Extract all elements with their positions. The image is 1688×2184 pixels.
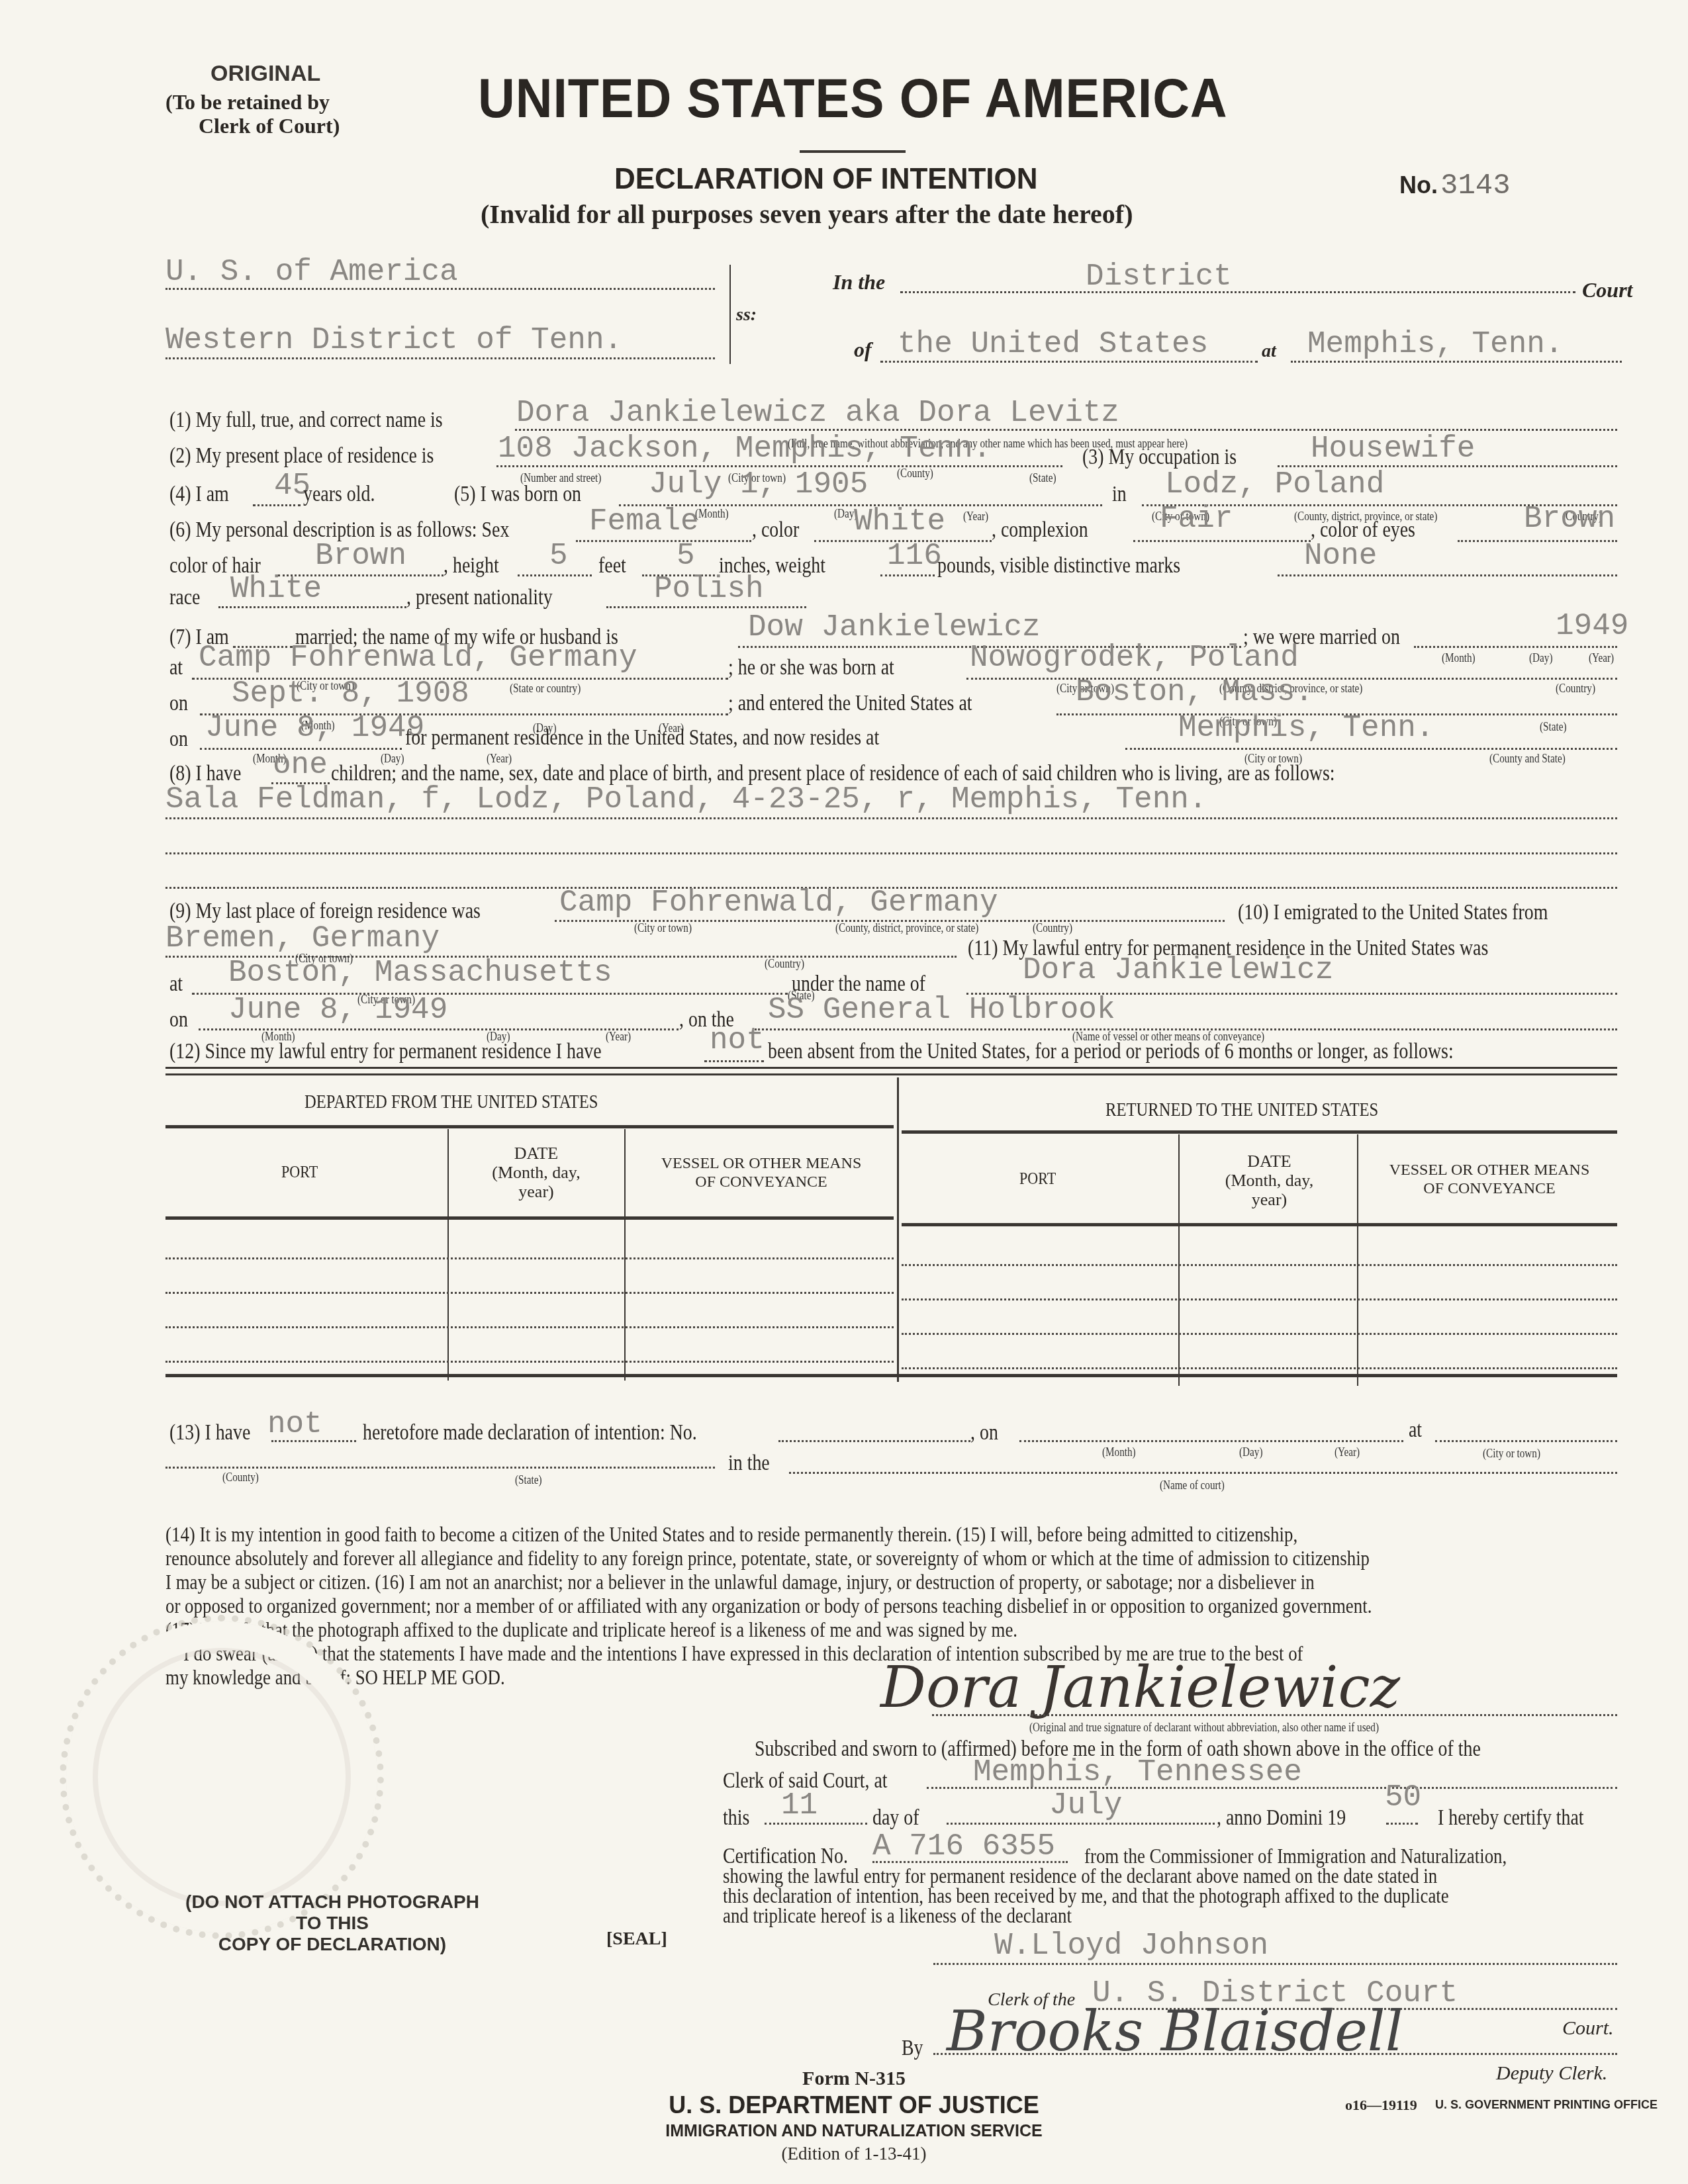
q7-resides-hint-county: (County and State)	[1489, 752, 1566, 766]
photo-note-line1: (DO NOT ATTACH PHOTOGRAPH TO THIS	[173, 1891, 491, 1934]
q7-on2-label: on	[169, 727, 188, 752]
full-name-field[interactable]: Dora Jankielewicz aka Dora Levitz	[516, 396, 1119, 430]
color-field[interactable]: White	[854, 504, 945, 539]
q9-hint-city: (City or town)	[634, 921, 692, 936]
q13-hint-year: (Year)	[1335, 1445, 1360, 1460]
entry-vessel-field[interactable]: SS General Holbrook	[768, 993, 1115, 1027]
q13-in-the-label: in the	[728, 1451, 770, 1476]
clerk-name-field[interactable]: W.Lloyd Johnson	[994, 1929, 1268, 1963]
ss-label: ss:	[736, 304, 757, 326]
photo-note-line2: COPY OF DECLARATION)	[173, 1934, 491, 1955]
day-of-label: day of	[872, 1805, 919, 1831]
departed-header: DEPARTED FROM THE UNITED STATES	[305, 1091, 598, 1113]
birth-date-field[interactable]: July 1, 1905	[649, 467, 868, 502]
col-returned-port: PORT	[1019, 1169, 1056, 1189]
q10-label: (10) I emigrated to the United States fr…	[1238, 900, 1548, 925]
q7-on-label: on	[169, 691, 188, 716]
entry-name-field[interactable]: Dora Jankielewicz	[1023, 953, 1333, 987]
q9-hint-county: (County, district, province, or state)	[835, 921, 978, 936]
q7-married-hint-year: (Year)	[1589, 651, 1614, 666]
q2-hint-county: (County)	[897, 467, 933, 481]
col-returned-vessel: VESSEL OR OTHER MEANS OF CONVEYANCE	[1360, 1161, 1618, 1198]
signature-hint: (Original and true signature of declaran…	[1029, 1721, 1379, 1735]
q7-married-hint-day: (Day)	[1529, 651, 1552, 666]
col-departed-date: DATE (Month, day, year)	[453, 1144, 619, 1201]
col-vessel-sub: OF CONVEYANCE	[629, 1173, 894, 1191]
q12-label-post: been absent from the United States, for …	[768, 1039, 1454, 1064]
court-label: Court	[1582, 278, 1632, 302]
nationality-field[interactable]: Polish	[654, 572, 764, 606]
child-row-1[interactable]: Sala Feldman, f, Lodz, Poland, 4-23-25, …	[165, 782, 1207, 817]
q5-hint-year: (Year)	[963, 510, 988, 524]
q7-entered-label: ; and entered the United States at	[728, 691, 972, 716]
oath-year-field[interactable]: 50	[1385, 1780, 1421, 1815]
q12-label-pre: (12) Since my lawful entry for permanent…	[169, 1039, 602, 1064]
oath-month-field[interactable]: July	[1049, 1788, 1122, 1823]
cert-paragraph: from the Commissioner of Immigration and…	[723, 1844, 1587, 1927]
edition-note: (Edition of 1-13-41)	[616, 2144, 1092, 2164]
q6-color-label: , color	[752, 518, 799, 543]
q7-at-label: at	[169, 655, 183, 680]
col-departed-port: PORT	[281, 1162, 318, 1182]
height-inches-field[interactable]: 5	[677, 539, 695, 573]
returned-header: RETURNED TO THE UNITED STATES	[1105, 1099, 1378, 1121]
q6-feet-label: feet	[598, 553, 626, 578]
q13-hint-court: (Name of court)	[1160, 1479, 1225, 1493]
this-label: this	[723, 1805, 749, 1831]
col-departed-vessel: VESSEL OR OTHER MEANS OF CONVEYANCE	[629, 1154, 894, 1191]
oath-line: or opposed to organized government; nor …	[165, 1594, 1372, 1617]
declarant-signature: Dora Jankielewicz	[880, 1655, 1400, 1721]
cert-line: and triplicate hereof is a likeness of t…	[723, 1903, 1449, 1927]
oath-line: renounce absolutely and forever all alle…	[165, 1546, 1372, 1570]
col-date-sub2: year)	[1185, 1190, 1354, 1209]
q4-label-post: years old.	[303, 482, 375, 507]
occupation-field[interactable]: Housewife	[1311, 432, 1475, 466]
q7-married-at-hint-state: (State or country)	[510, 682, 581, 696]
sex-field[interactable]: Female	[589, 504, 699, 539]
race-field[interactable]: White	[230, 572, 322, 606]
q5-hint-month: (Month)	[695, 507, 729, 522]
print-code: o16—19119	[1345, 2097, 1417, 2114]
at-label: at	[1262, 341, 1276, 362]
q13-hint-state: (State)	[515, 1473, 542, 1488]
col-date-title: DATE	[1185, 1152, 1354, 1171]
q7-born-at-label: ; he or she was born at	[728, 655, 894, 680]
court-suffix-label: Court.	[1562, 2017, 1614, 2040]
invalid-note: (Invalid for all purposes seven years af…	[481, 199, 1133, 230]
birth-place-field[interactable]: Lodz, Poland	[1165, 467, 1384, 502]
q6-pounds-label: pounds, visible distinctive marks	[937, 553, 1180, 578]
prior-declaration-field[interactable]: not	[267, 1407, 322, 1441]
q13-hint-county: (County)	[222, 1471, 259, 1485]
table-row[interactable]	[165, 1257, 894, 1259]
q7-resides-label: for permanent residence in the United St…	[405, 725, 879, 751]
spouse-entry-date-field[interactable]: June 8, 1949	[205, 711, 424, 745]
certify-label: I hereby certify that	[1438, 1805, 1584, 1831]
retained-note-line1: (To be retained by	[165, 90, 330, 114]
court-of-value: the United States	[898, 327, 1208, 361]
q9-label: (9) My last place of foreign residence w…	[169, 899, 481, 924]
last-foreign-residence-field[interactable]: Camp Fohrenwald, Germany	[559, 886, 998, 920]
declaration-number: No. 3143	[1399, 169, 1511, 203]
entry-date-field[interactable]: June 8, 1949	[228, 993, 447, 1027]
height-feet-field[interactable]: 5	[549, 539, 568, 573]
complexion-field[interactable]: Fair	[1160, 502, 1233, 536]
table-row[interactable]	[165, 1326, 894, 1328]
eye-color-field[interactable]: Brown	[1524, 502, 1615, 536]
court-type-value: District	[1086, 259, 1232, 294]
q5-in-label: in	[1112, 482, 1127, 507]
footer-block: Form N-315 U. S. DEPARTMENT OF JUSTICE I…	[616, 2068, 1092, 2164]
table-row[interactable]	[902, 1298, 1617, 1300]
col-vessel-sub: OF CONVEYANCE	[1360, 1179, 1618, 1198]
q10-hint-country: (Country)	[765, 957, 804, 972]
photo-note: (DO NOT ATTACH PHOTOGRAPH TO THIS COPY O…	[173, 1891, 491, 1955]
q13-at-label: at	[1409, 1418, 1422, 1443]
col-date-title: DATE	[453, 1144, 619, 1163]
q13-hint-day: (Day)	[1239, 1445, 1262, 1460]
col-vessel-title: VESSEL OR OTHER MEANS	[1360, 1161, 1618, 1179]
marriage-date-field[interactable]: 1949	[1556, 609, 1628, 643]
oath-day-field[interactable]: 11	[781, 1788, 818, 1823]
q4-label-pre: (4) I am	[169, 482, 229, 507]
oath-location-field[interactable]: Memphis, Tennessee	[973, 1755, 1302, 1790]
form-number: Form N-315	[616, 2068, 1092, 2090]
embossed-seal-icon	[60, 1615, 384, 1939]
by-label: By	[902, 2036, 923, 2061]
q3-label: (3) My occupation is	[1082, 445, 1237, 470]
col-returned-date: DATE (Month, day, year)	[1185, 1152, 1354, 1209]
entry-place-field[interactable]: Boston, Massachusetts	[228, 956, 612, 990]
number-value: 3143	[1440, 169, 1511, 203]
spouse-birthdate-field[interactable]: Sept. 8, 1908	[232, 676, 469, 711]
q2-hint-state: (State)	[1029, 471, 1056, 486]
department-name: U. S. DEPARTMENT OF JUSTICE	[616, 2091, 1092, 2119]
seal-label: [SEAL]	[606, 1929, 667, 1950]
q5-label: (5) I was born on	[454, 482, 581, 507]
col-date-sub: (Month, day,	[453, 1163, 619, 1182]
venue-left-line1: U. S. of America	[165, 255, 458, 289]
q11-on-label: on	[169, 1007, 188, 1032]
q1-label: (1) My full, true, and correct name is	[169, 408, 443, 433]
court-location-value: Memphis, Tenn.	[1307, 327, 1563, 361]
weight-field[interactable]: 116	[887, 539, 942, 573]
residence-field[interactable]: 108 Jackson, Memphis, Tenn.	[498, 432, 991, 466]
q11-on-hint-year: (Year)	[606, 1030, 631, 1044]
q6-complexion-label: , complexion	[992, 518, 1088, 543]
q13-label-mid: heretofore made declaration of intention…	[363, 1420, 697, 1445]
q6-race-label: race	[169, 585, 200, 610]
children-count-field[interactable]: one	[273, 748, 328, 782]
spouse-entry-place-field[interactable]: Boston, Mass.	[1076, 675, 1313, 709]
emigrated-from-field[interactable]: Bremen, Germany	[165, 921, 440, 956]
oath-line: I may be a subject or citizen. (16) I am…	[165, 1570, 1372, 1594]
col-vessel-title: VESSEL OR OTHER MEANS	[629, 1154, 894, 1173]
service-name: IMMIGRATION AND NATURALIZATION SERVICE	[616, 2122, 1092, 2141]
distinctive-marks-field[interactable]: None	[1304, 539, 1377, 573]
spouse-name-field[interactable]: Dow Jankielewicz	[748, 610, 1041, 645]
absence-field[interactable]: not	[710, 1023, 765, 1058]
col-date-sub: (Month, day,	[1185, 1171, 1354, 1190]
number-label: No.	[1399, 171, 1438, 199]
q11-at-label: at	[169, 972, 183, 997]
q7-married-hint-month: (Month)	[1442, 651, 1476, 666]
in-the-label: In the	[833, 270, 885, 295]
q7-entered-hint-state: (State)	[1540, 720, 1567, 735]
q6-nationality-label: , present nationality	[406, 585, 553, 610]
of-label: of	[854, 338, 872, 362]
spouse-residence-field[interactable]: Memphis, Tenn.	[1178, 711, 1434, 745]
spouse-birthplace-field[interactable]: Nowogrodek, Poland	[970, 641, 1299, 675]
col-date-sub2: year)	[453, 1182, 619, 1201]
anno-domini-label: , anno Domini 19	[1217, 1805, 1346, 1831]
table-row[interactable]	[165, 1292, 894, 1294]
q13-label-pre: (13) I have	[169, 1420, 250, 1445]
hair-color-field[interactable]: Brown	[315, 539, 406, 573]
table-row[interactable]	[902, 1367, 1617, 1369]
deputy-clerk-signature: Brooks Blaisdell	[947, 1999, 1403, 2064]
title-rule	[800, 150, 906, 153]
q13-hint-month: (Month)	[1102, 1445, 1136, 1460]
page-title: UNITED STATES OF AMERICA	[478, 66, 1228, 130]
table-row[interactable]	[902, 1333, 1617, 1335]
marriage-place-field[interactable]: Camp Fohrenwald, Germany	[199, 641, 637, 675]
form-subtitle: DECLARATION OF INTENTION	[614, 163, 1038, 196]
q7-born-at-hint-country: (Country)	[1556, 682, 1595, 696]
table-row[interactable]	[165, 1361, 894, 1363]
deputy-clerk-label: Deputy Clerk.	[1496, 2062, 1607, 2085]
q6-height-label: , height	[444, 553, 499, 578]
venue-left-line2: Western District of Tenn.	[165, 323, 622, 357]
oath-line: (14) It is my intention in good faith to…	[165, 1522, 1372, 1546]
q13-hint-city: (City or town)	[1483, 1447, 1540, 1461]
q13-on-label: , on	[970, 1420, 998, 1445]
q2-label: (2) My present place of residence is	[169, 443, 434, 469]
original-label: ORIGINAL	[211, 61, 320, 87]
retained-note-line2: Clerk of Court)	[199, 114, 340, 138]
printer-name: U. S. GOVERNMENT PRINTING OFFICE	[1435, 2098, 1658, 2112]
q9-hint-country: (Country)	[1033, 921, 1072, 936]
oath-line: (17) I certify that the photograph affix…	[165, 1617, 1372, 1641]
table-row[interactable]	[902, 1264, 1617, 1266]
